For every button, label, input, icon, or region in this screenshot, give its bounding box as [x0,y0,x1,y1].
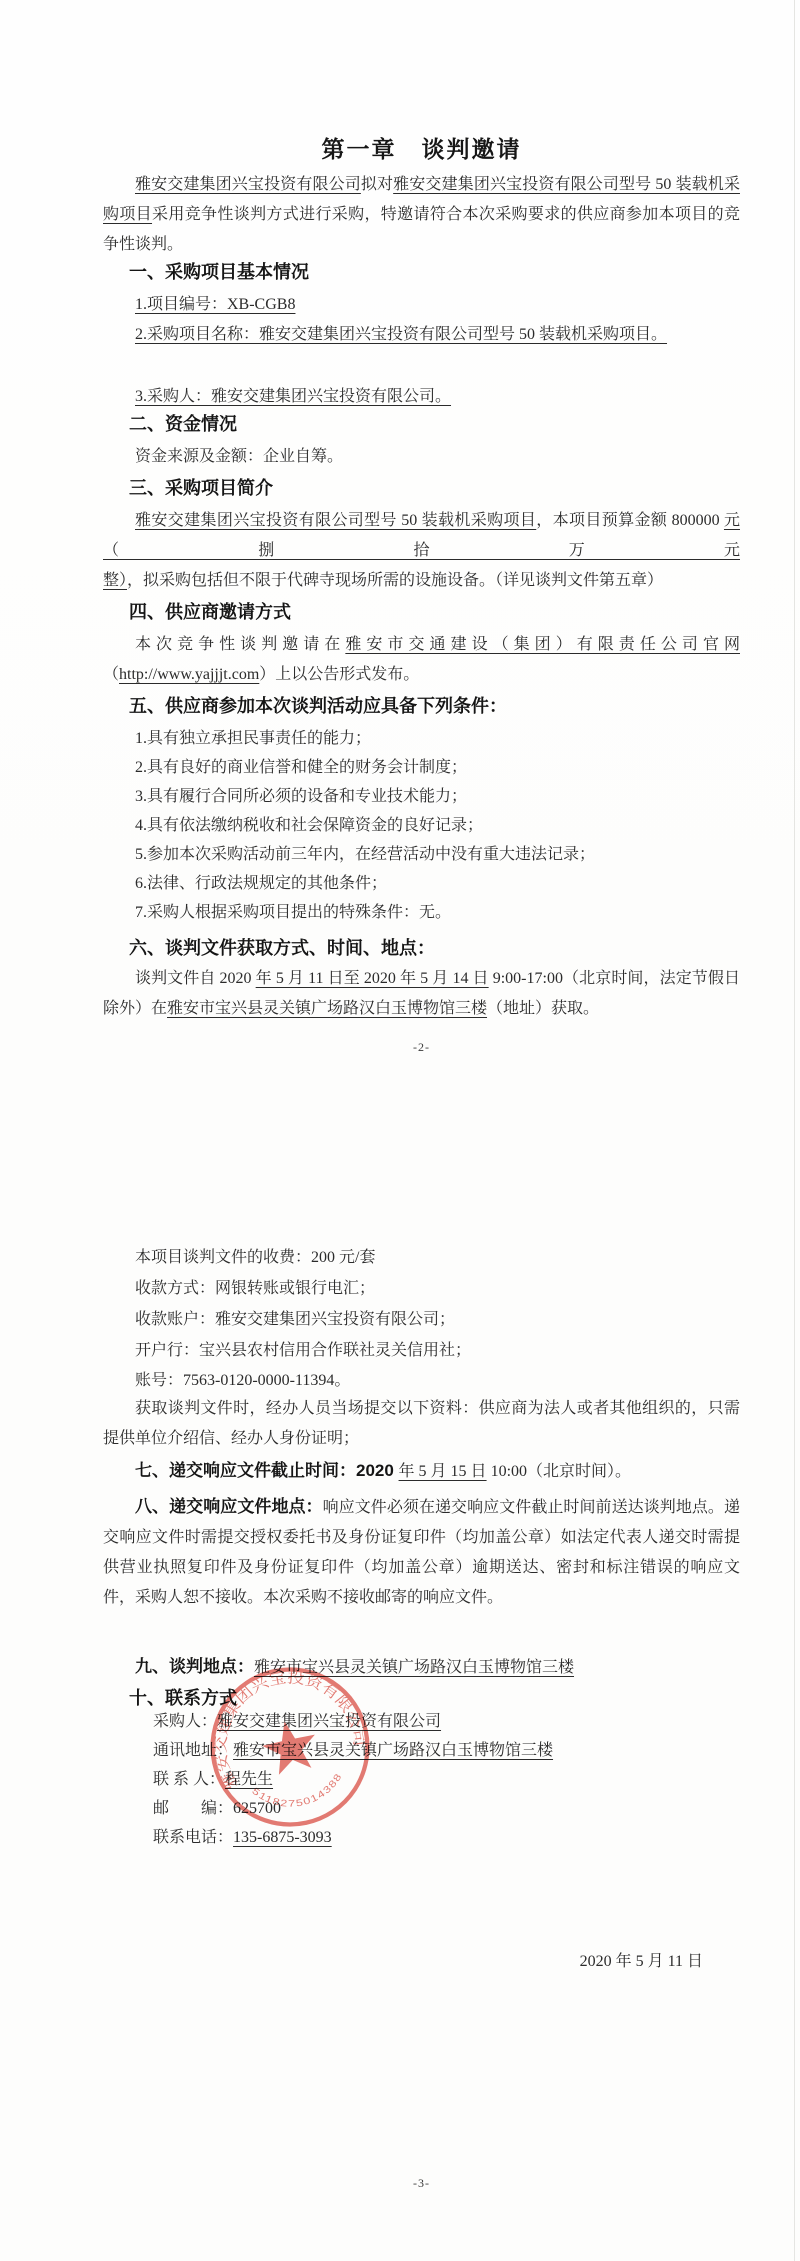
account-number-line: 账号：7563-0120-0000-11394。 [103,1366,740,1396]
section10-heading: 十、联系方式 [129,1684,237,1710]
contact-buyer-line: 采购人：雅安交建集团兴宝投资有限公司 [153,1708,441,1731]
intro-text: 拟对 [361,176,393,193]
condition-item: 3.具有履行合同所必须的设备和专业技术能力； [103,782,740,812]
payee-account-line: 收款账户：雅安交建集团兴宝投资有限公司； [103,1305,740,1335]
condition-item: 4.具有依法缴纳税收和社会保障资金的良好记录； [103,811,740,841]
scan-edge-line [794,0,795,2261]
section7-heading: 七、递交响应文件截止时间：2020 [135,1461,399,1480]
phone-label: 联系电话： [153,1829,233,1846]
page1-number: -2- [103,1040,740,1055]
deadline-time-text: 10:00（北京时间）。 [487,1463,631,1480]
bank-line: 开户行：宝兴县农村信用合作联社灵关信用社； [103,1336,740,1366]
buyer-label: 采购人： [153,1713,217,1730]
invitation-method-paragraph: 本次竞争性谈判邀请在雅安市交通建设（集团）有限责任公司官网（http://www… [103,630,740,690]
condition-item: 2.具有良好的商业信誉和健全的财务会计制度； [103,753,740,783]
scanned-document: 第一章 谈判邀请 雅安交建集团兴宝投资有限公司拟对雅安交建集团兴宝投资有限公司型… [0,0,800,2261]
project-number-value: 1.项目编号：XB-CGB8 [135,296,295,313]
section4-heading: 四、供应商邀请方式 [129,598,291,624]
section9-heading: 九、谈判地点： [135,1657,254,1676]
document-obtain-paragraph: 谈判文件自 2020 年 5 月 11 日至 2020 年 5 月 14 日 9… [103,964,740,1024]
phone-value-underlined: 135-6875-3093 [233,1829,332,1846]
obtain-dates-underlined: 年 5 月 11 日至 2020 年 5 月 14 日 [256,970,489,987]
document-date: 2020 年 5 月 11 日 [103,1948,703,1971]
address-value-underlined: 雅安市宝兴县灵关镇广场路汉白玉博物馆三楼 [233,1742,553,1759]
condition-item: 7.采购人根据采购项目提出的特殊条件：无。 [103,898,740,928]
intro-paragraph: 雅安交建集团兴宝投资有限公司拟对雅安交建集团兴宝投资有限公司型号 50 装载机采… [103,170,740,260]
buyer-value-underlined: 雅安交建集团兴宝投资有限公司 [217,1713,441,1730]
project-title-underlined: 雅安交建集团兴宝投资有限公司型号 50 装载机采购项目 [135,512,536,529]
section3-heading: 三、采购项目简介 [129,474,273,500]
page2-number: -3- [103,2176,740,2191]
section1-heading: 一、采购项目基本情况 [129,258,309,284]
phone-line: 联系电话：135-6875-3093 [153,1824,332,1847]
buyer-name-underlined: 雅安交建集团兴宝投资有限公司 [135,176,361,193]
intro-text-rest: 采用竞争性谈判方式进行采购，特邀请符合本次采购要求的供应商参加本项目的竞争性谈判… [103,206,740,253]
contact-person-label: 联 系 人： [153,1771,225,1788]
negotiation-place-underlined: 雅安市宝兴县灵关镇广场路汉白玉博物馆三楼 [254,1659,574,1676]
obtain-text: 谈判文件自 2020 [135,970,256,987]
address-label: 通讯地址： [153,1742,233,1759]
website-name-underlined: 雅安市交通建设（集团）有限责任公司官网 [345,636,740,653]
section2-heading: 二、资金情况 [129,410,237,436]
deadline-date-underlined: 年 5 月 15 日 [399,1463,487,1480]
submission-place-paragraph: 八、递交响应文件地点：响应文件必须在递交响应文件截止时间前送达谈判地点。递交响应… [103,1492,740,1613]
project-name-value: 2.采购项目名称：雅安交建集团兴宝投资有限公司型号 50 装载机采购项目。 [135,326,667,343]
project-number-line: 1.项目编号：XB-CGB8 [103,290,740,320]
project-intro-rest: ，拟采购包括但不限于代碑寺现场所需的设施设备。（详见谈判文件第五章） [127,572,663,589]
negotiation-place-paragraph: 九、谈判地点：雅安市宝兴县灵关镇广场路汉白玉博物馆三楼 [103,1652,740,1683]
zip-label: 邮 编： [153,1800,233,1817]
contact-person-line: 联 系 人：程先生 [153,1766,273,1789]
paren-open: （ [103,666,119,683]
condition-item: 6.法律、行政法规规定的其他条件； [103,869,740,899]
fee-line: 本项目谈判文件的收费：200 元/套 [103,1243,740,1273]
budget-text: ，本项目预算金额 800000 [536,512,724,529]
zip-value: 625700 [233,1800,281,1817]
condition-item: 1.具有独立承担民事责任的能力； [103,724,740,754]
zip-code-line: 邮 编：625700 [153,1795,281,1818]
contact-address-line: 通讯地址：雅安市宝兴县灵关镇广场路汉白玉博物馆三楼 [153,1737,553,1760]
obtain-address-underlined: 雅安市宝兴县灵关镇广场路汉白玉博物馆三楼 [167,1000,487,1017]
website-url-underlined: http://www.yajjjt.com [119,666,259,683]
deadline-paragraph: 七、递交响应文件截止时间：2020 年 5 月 15 日 10:00（北京时间）… [103,1456,740,1487]
project-intro-paragraph: 雅安交建集团兴宝投资有限公司型号 50 装载机采购项目，本项目预算金额 8000… [103,506,740,596]
obtain-materials-paragraph: 获取谈判文件时，经办人员当场提交以下资料：供应商为法人或者其他组织的，只需提供单… [103,1394,740,1454]
section5-heading: 五、供应商参加本次谈判活动应具备下列条件： [129,692,507,718]
funding-line: 资金来源及金额：企业自筹。 [103,442,740,472]
section6-heading: 六、谈判文件获取方式、时间、地点： [129,934,435,960]
contact-person-underlined: 程先生 [225,1771,273,1788]
invitation-text-rest: ）上以公告形式发布。 [259,666,419,683]
payment-method-line: 收款方式：网银转账或银行电汇； [103,1274,740,1304]
condition-item: 5.参加本次采购活动前三年内，在经营活动中没有重大违法记录； [103,840,740,870]
project-name-line: 2.采购项目名称：雅安交建集团兴宝投资有限公司型号 50 装载机采购项目。 [103,320,740,350]
section8-heading: 八、递交响应文件地点： [135,1497,323,1516]
purchaser-value: 3.采购人：雅安交建集团兴宝投资有限公司。 [135,388,451,405]
obtain-text-rest: （地址）获取。 [487,1000,599,1017]
purchaser-line: 3.采购人：雅安交建集团兴宝投资有限公司。 [103,382,740,412]
page-title: 第一章 谈判邀请 [103,131,740,164]
invitation-text: 本次竞争性谈判邀请在 [135,636,345,653]
